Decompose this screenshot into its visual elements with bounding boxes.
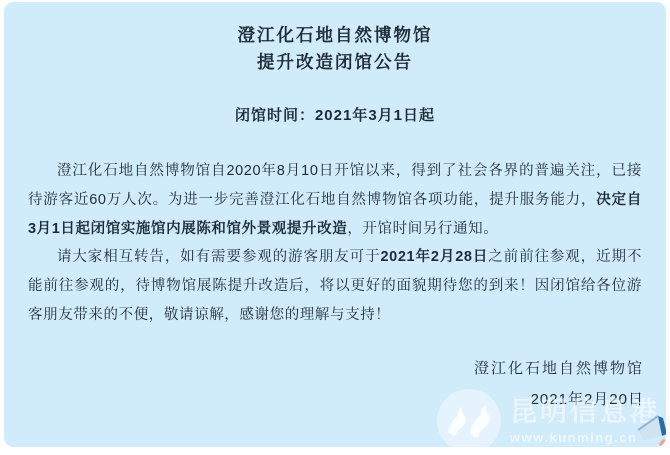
notice-panel: 澄江化石地自然博物馆 提升改造闭馆公告 闭馆时间：2021年3月1日起 澄江化石… [4, 2, 666, 447]
notice-title: 澄江化石地自然博物馆 提升改造闭馆公告 [4, 22, 666, 76]
notice-title-line1: 澄江化石地自然博物馆 [4, 22, 666, 49]
paragraph-1-text: 澄江化石地自然博物馆自2020年8月10日开馆以来，得到了社会各界的普遍关注，已… [28, 163, 642, 208]
signature: 澄江化石地自然博物馆 [4, 360, 644, 378]
megaphone-icon [636, 414, 666, 447]
paragraph-2-text: 请大家相互转告，如有需要参观的游客朋友可于 [57, 249, 380, 265]
paragraph-2: 请大家相互转告，如有需要参观的游客朋友可于2021年2月28日之前前往参观，近期… [28, 243, 642, 329]
paragraph-1: 澄江化石地自然博物馆自2020年8月10日开馆以来，得到了社会各界的普遍关注，已… [28, 157, 642, 243]
notice-date: 2021年2月20日 [4, 391, 644, 409]
notice-title-line2: 提升改造闭馆公告 [4, 49, 666, 76]
paragraph-1-text-end: ，开馆时间另行通知。 [347, 221, 498, 237]
closure-time-line: 闭馆时间：2021年3月1日起 [4, 104, 666, 125]
paragraph-2-bold-text: 2021年2月28日 [380, 249, 488, 265]
watermark-site-url: www.kunming.cn [510, 431, 660, 444]
